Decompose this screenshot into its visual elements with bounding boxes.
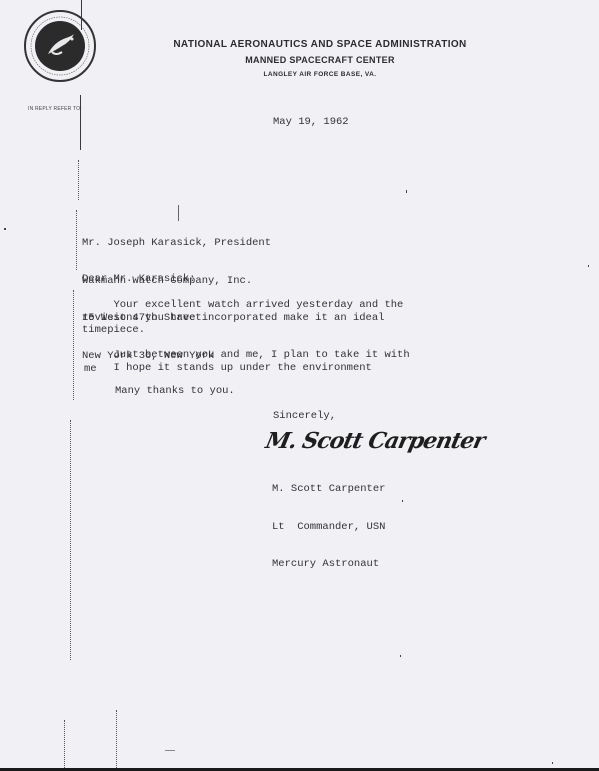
scan-line: [70, 420, 72, 660]
signature-block: M. Scott Carpenter Lt Commander, USN Mer…: [272, 458, 385, 596]
scan-speck: [402, 500, 403, 502]
scan-line: [64, 720, 66, 768]
recipient-line-1: Mr. Joseph Karasick, President: [82, 237, 271, 250]
letterhead-center: MANNED SPACECRAFT CENTER: [160, 55, 480, 65]
reply-reference-label: IN REPLY REFER TO:: [28, 106, 82, 112]
salutation: Dear Mr. Karasick:: [82, 273, 195, 286]
scan-speck: [406, 190, 407, 193]
scan-line: [81, 0, 82, 30]
scan-speck: [4, 228, 6, 230]
handwritten-signature: M. Scott Carpenter: [263, 428, 487, 454]
signer-title: Mercury Astronaut: [272, 558, 385, 571]
scan-line: [80, 95, 81, 150]
nasa-seal: [24, 10, 96, 82]
closing: Sincerely,: [273, 410, 336, 423]
seal-ring-icon: [26, 12, 94, 80]
signer-rank: Lt Commander, USN: [272, 521, 385, 534]
body-paragraph-1: Your excellent watch arrived yesterday a…: [82, 299, 403, 337]
scan-line: [73, 290, 75, 400]
scan-line: [178, 205, 179, 221]
margin-note: me: [84, 363, 97, 376]
scan-line: [78, 160, 80, 200]
scan-speck: [400, 655, 401, 657]
letter-page: IN REPLY REFER TO: NATIONAL AERONAUTICS …: [0, 0, 599, 771]
scan-speck: [552, 762, 553, 764]
scan-speck: [588, 265, 589, 267]
letterhead-agency: NATIONAL AERONAUTICS AND SPACE ADMINISTR…: [160, 39, 480, 50]
letterhead-location: LANGLEY AIR FORCE BASE, VA.: [160, 71, 480, 78]
letter-date: May 19, 1962: [273, 116, 349, 129]
scan-speck: [165, 750, 175, 751]
scan-line: [76, 210, 78, 270]
body-paragraph-2: Just between you and me, I plan to take …: [82, 349, 410, 374]
scan-line: [116, 710, 118, 768]
body-paragraph-3: Many thanks to you.: [115, 385, 235, 398]
signer-name: M. Scott Carpenter: [272, 483, 385, 496]
